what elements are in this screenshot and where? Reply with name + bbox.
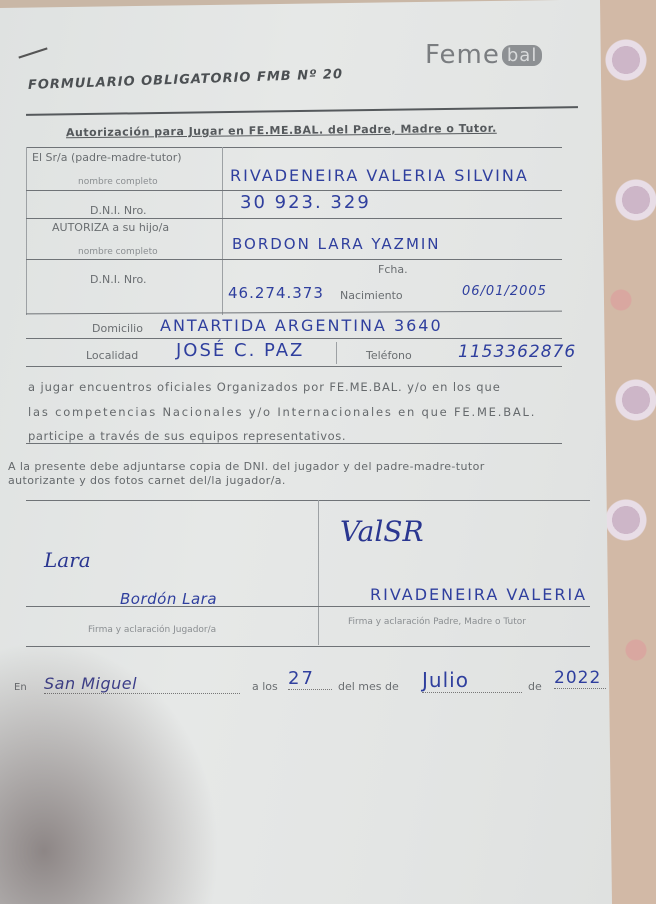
signature-divider xyxy=(318,500,319,645)
child-dni-label: D.N.I. Nro. xyxy=(90,273,146,286)
body-text-line-3: participe a través de sus equipos repres… xyxy=(28,429,346,443)
birth-label-1: Fcha. xyxy=(378,263,408,276)
grid-divider xyxy=(336,342,337,364)
guardian-dni-label: D.N.I. Nro. xyxy=(90,204,146,217)
month-field[interactable]: Julio xyxy=(422,668,522,693)
guardian-dni-field[interactable]: 30 923. 329 xyxy=(240,192,371,213)
phone-field[interactable]: 1153362876 xyxy=(458,342,576,362)
logo-text: Feme xyxy=(425,40,500,70)
place-label: En xyxy=(14,682,27,693)
signature-bottom-line xyxy=(26,646,590,647)
logo-badge: bal xyxy=(502,45,542,66)
birth-label-2: Nacimiento xyxy=(340,289,403,302)
grid-line xyxy=(26,366,562,367)
player-signature-label: Firma y aclaración Jugador/a xyxy=(88,625,216,635)
grid-line xyxy=(26,259,562,260)
guardian-signature-label: Firma y aclaración Padre, Madre o Tutor xyxy=(348,617,526,627)
month-label: del mes de xyxy=(338,680,399,693)
attachment-note-line-1: A la presente debe adjuntarse copia de D… xyxy=(8,460,485,473)
authorizes-label: AUTORIZA a su hijo/a xyxy=(52,221,169,234)
grid-divider xyxy=(222,147,223,315)
grid-line xyxy=(26,147,562,148)
signature-line xyxy=(26,606,590,607)
day-field[interactable]: 27 xyxy=(288,668,332,690)
address-label: Domicilio xyxy=(92,322,143,335)
day-label: a los xyxy=(252,680,278,693)
address-field[interactable]: ANTARTIDA ARGENTINA 3640 xyxy=(160,316,443,335)
guardian-sublabel: nombre completo xyxy=(78,177,158,187)
body-divider xyxy=(26,443,562,444)
femebal-logo: Femebal xyxy=(425,40,542,70)
guardian-label: El Sr/a (padre-madre-tutor) xyxy=(32,151,182,164)
grid-line xyxy=(26,338,562,339)
child-name-field[interactable]: BORDON LARA YAZMIN xyxy=(232,235,441,253)
attachment-note-line-2: autorizante y dos fotos carnet del/la ju… xyxy=(8,474,286,487)
body-text-line-2: las competencias Nacionales y/o Internac… xyxy=(28,405,536,419)
signature-top-line xyxy=(26,500,590,501)
child-dni-field[interactable]: 46.274.373 xyxy=(228,284,324,302)
birth-date-field[interactable]: 06/01/2005 xyxy=(462,284,547,299)
year-label: de xyxy=(528,680,542,693)
locality-field[interactable]: JOSÉ C. PAZ xyxy=(176,340,304,361)
phone-label: Teléfono xyxy=(366,349,412,362)
guardian-clarification[interactable]: RIVADENEIRA VALERIA xyxy=(370,585,587,604)
grid-line xyxy=(26,190,562,191)
guardian-signature[interactable]: ValSR xyxy=(340,515,424,548)
player-signature[interactable]: Lara xyxy=(44,548,91,572)
locality-label: Localidad xyxy=(86,349,138,362)
place-field[interactable]: San Miguel xyxy=(44,674,240,694)
grid-border xyxy=(26,147,27,315)
year-field[interactable]: 2022 xyxy=(554,668,606,689)
guardian-name-field[interactable]: RIVADENEIRA VALERIA SILVINA xyxy=(230,166,529,185)
body-text-line-1: a jugar encuentros oficiales Organizados… xyxy=(28,380,501,394)
grid-line xyxy=(26,218,562,219)
child-sublabel: nombre completo xyxy=(78,247,158,257)
